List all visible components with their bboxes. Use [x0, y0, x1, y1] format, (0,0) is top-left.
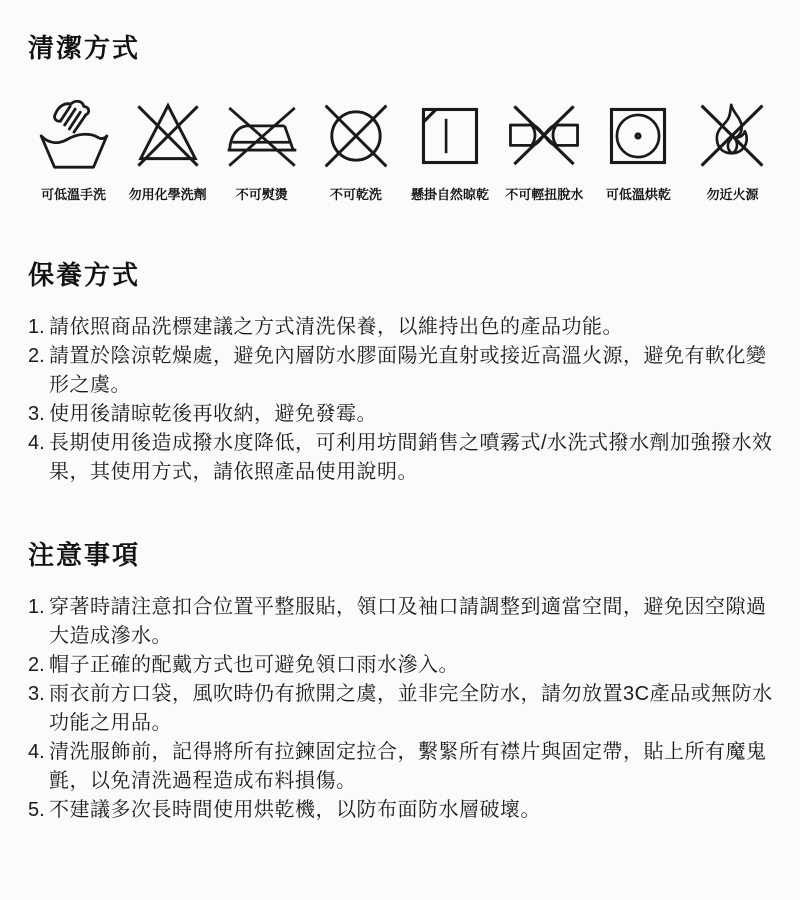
list-item-number: 2.: [28, 651, 45, 680]
list-item-text: 帽子正確的配戴方式也可避免領口雨水滲入。: [49, 654, 459, 676]
care-icon-label: 不可乾洗: [330, 184, 382, 203]
no-wring-icon: [505, 97, 583, 175]
care-icon-cell: 勿近火源: [687, 97, 778, 203]
care-icon-label: 懸掛自然晾乾: [411, 184, 489, 203]
care-icon-cell: 可低溫烘乾: [593, 97, 684, 203]
list-item: 4. 長期使用後造成撥水度降低，可利用坊間銷售之噴霧式/水洗式撥水劑加強撥水效果…: [28, 429, 782, 487]
care-icon-cell: 可低溫手洗: [28, 97, 119, 203]
list-item-number: 3.: [28, 400, 45, 429]
no-dry-clean-icon: [317, 97, 395, 175]
list-item-text: 請依照商品洗標建議之方式清洗保養，以維持出色的產品功能。: [49, 316, 623, 338]
no-ironing-icon: [223, 97, 301, 175]
notes-section-title: 注意事項: [28, 535, 782, 572]
list-item-number: 4.: [28, 429, 45, 458]
care-icon-label: 勿近火源: [706, 184, 758, 203]
list-item-number: 3.: [28, 680, 45, 709]
list-item-text: 使用後請晾乾後再收納，避免發霉。: [49, 403, 377, 425]
care-icon-label: 勿用化學洗劑: [129, 184, 207, 203]
list-item-number: 4.: [28, 738, 45, 767]
list-item: 2. 請置於陰涼乾燥處，避免內層防水膠面陽光直射或接近高溫火源，避免有軟化變形之…: [28, 342, 782, 400]
list-item: 4. 清洗服飾前，記得將所有拉鍊固定拉合，繫緊所有襟片與固定帶，貼上所有魔鬼氈，…: [28, 738, 782, 796]
care-icon-label: 不可輕扭脫水: [505, 184, 583, 203]
care-instructions-page: 清潔方式 可低溫手洗: [0, 0, 800, 825]
hang-drip-dry-icon: [411, 97, 489, 175]
list-item-number: 1.: [28, 313, 45, 342]
list-item-text: 清洗服飾前，記得將所有拉鍊固定拉合，繫緊所有襟片與固定帶，貼上所有魔鬼氈，以免清…: [49, 741, 767, 792]
notes-section: 注意事項 1. 穿著時請注意扣合位置平整服貼，領口及袖口請調整到適當空間，避免因…: [28, 535, 782, 825]
list-item-text: 長期使用後造成撥水度降低，可利用坊間銷售之噴霧式/水洗式撥水劑加強撥水效果，其使…: [49, 432, 773, 483]
care-icon-cell: 不可熨燙: [216, 97, 307, 203]
list-item-number: 5.: [28, 796, 45, 825]
list-item-number: 1.: [28, 593, 45, 622]
list-item-number: 2.: [28, 342, 45, 371]
notes-list: 1. 穿著時請注意扣合位置平整服貼，領口及袖口請調整到適當空間，避免因空隙過大造…: [28, 593, 782, 825]
list-item: 3. 雨衣前方口袋，風吹時仍有掀開之虞，並非完全防水，請勿放置3C產品或無防水功…: [28, 680, 782, 738]
care-icon-label: 不可熨燙: [236, 184, 288, 203]
list-item: 1. 穿著時請注意扣合位置平整服貼，領口及袖口請調整到適當空間，避免因空隙過大造…: [28, 593, 782, 651]
care-icon-cell: 勿用化學洗劑: [122, 97, 213, 203]
no-open-flame-icon: [693, 97, 771, 175]
care-icon-cell: 不可乾洗: [310, 97, 401, 203]
no-bleach-icon: [129, 97, 207, 175]
care-icon-label: 可低溫手洗: [41, 184, 106, 203]
care-icons-row: 可低溫手洗 勿用化學洗劑: [28, 97, 782, 203]
list-item: 2. 帽子正確的配戴方式也可避免領口雨水滲入。: [28, 651, 782, 680]
list-item-text: 請置於陰涼乾燥處，避免內層防水膠面陽光直射或接近高溫火源，避免有軟化變形之虞。: [49, 345, 767, 396]
maintenance-section-title: 保養方式: [28, 255, 782, 292]
list-item-text: 穿著時請注意扣合位置平整服貼，領口及袖口請調整到適當空間，避免因空隙過大造成滲水…: [49, 596, 767, 647]
list-item-text: 不建議多次長時間使用烘乾機，以防布面防水層破壞。: [49, 799, 541, 821]
tumble-dry-low-icon: [599, 97, 677, 175]
maintenance-section: 保養方式 1. 請依照商品洗標建議之方式清洗保養，以維持出色的產品功能。 2. …: [28, 255, 782, 487]
care-icon-cell: 懸掛自然晾乾: [405, 97, 496, 203]
care-icon-cell: 不可輕扭脫水: [499, 97, 590, 203]
list-item: 5. 不建議多次長時間使用烘乾機，以防布面防水層破壞。: [28, 796, 782, 825]
care-icon-label: 可低溫烘乾: [606, 184, 671, 203]
maintenance-list: 1. 請依照商品洗標建議之方式清洗保養，以維持出色的產品功能。 2. 請置於陰涼…: [28, 313, 782, 487]
list-item: 1. 請依照商品洗標建議之方式清洗保養，以維持出色的產品功能。: [28, 313, 782, 342]
cleaning-section-title: 清潔方式: [28, 28, 782, 65]
hand-wash-low-temp-icon: [35, 97, 113, 175]
list-item-text: 雨衣前方口袋，風吹時仍有掀開之虞，並非完全防水，請勿放置3C產品或無防水功能之用…: [49, 683, 773, 734]
list-item: 3. 使用後請晾乾後再收納，避免發霉。: [28, 400, 782, 429]
